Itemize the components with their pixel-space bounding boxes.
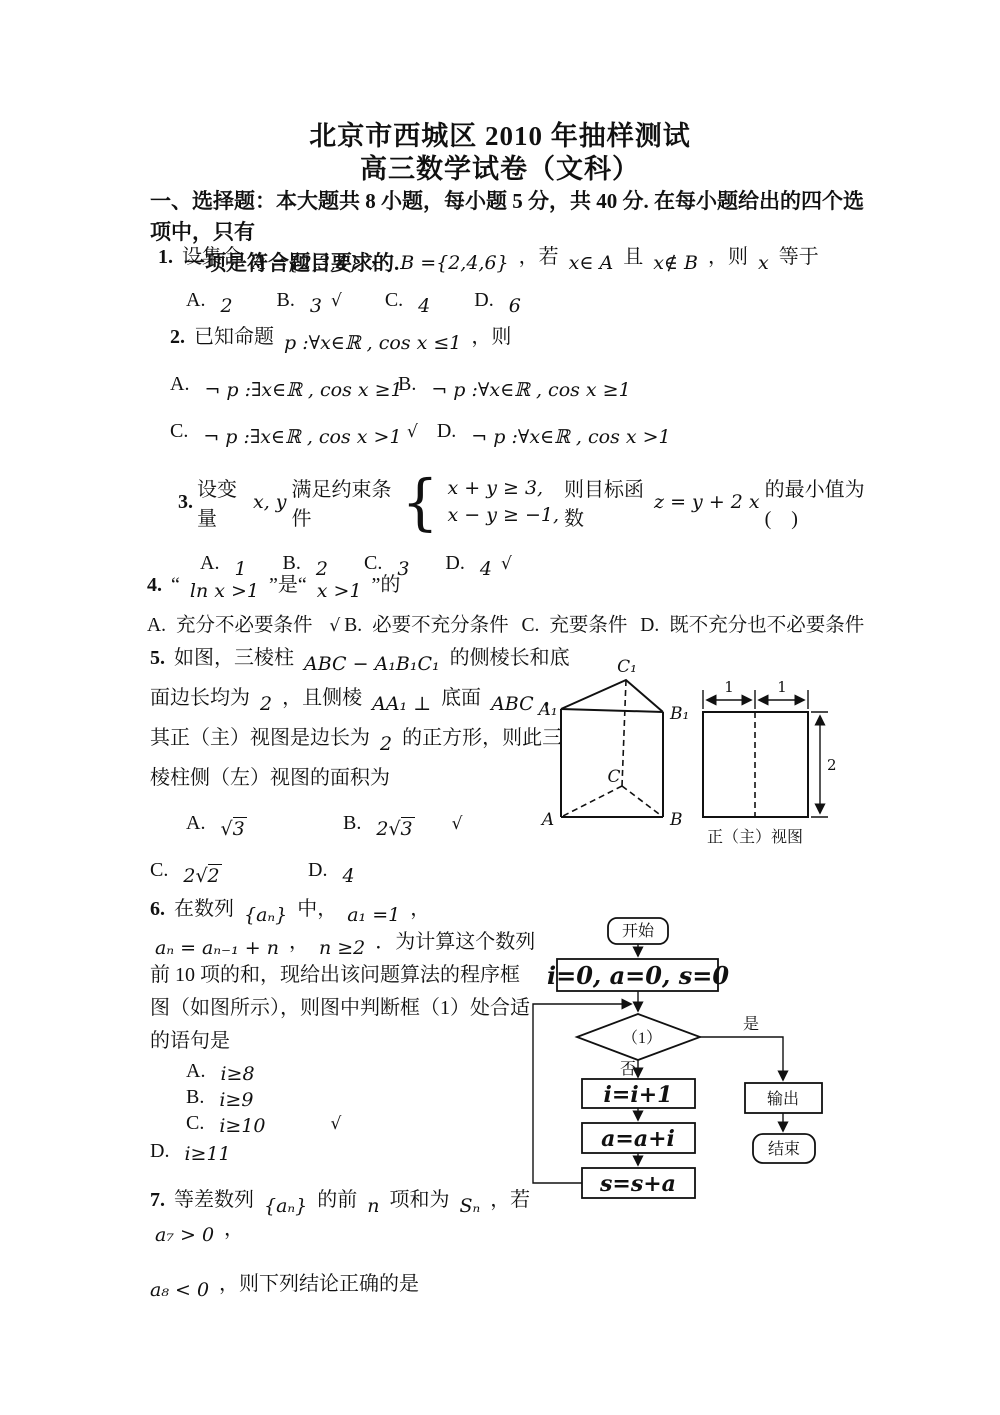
stem-text: ，若: [490, 1189, 530, 1211]
stem-text: 等于: [779, 246, 819, 268]
stem-math: z = y + 2 x: [654, 491, 760, 513]
option-formula: ¬ p :∀x∈ℝ , cos x >1: [471, 426, 670, 448]
stem-text: ，则下列结论正确的是: [219, 1273, 419, 1295]
option-key: A.: [186, 289, 205, 311]
stem-math: ABC − A₁B₁C₁: [304, 653, 440, 675]
question-4: 4. “ ln x >1 ”是“ x >1 ”的 A.充分不必要条件 √B.必要…: [147, 568, 877, 637]
section-intro-line1: 一、选择题：本大题共 8 小题，每小题 5 分，共 40 分. 在每小题给出的四…: [150, 186, 866, 248]
option-b: √B.必要不充分条件: [325, 615, 508, 636]
stem-math: B ={2,4,6}: [400, 252, 508, 274]
stem-math: Sₙ: [459, 1195, 480, 1217]
option-key: D.: [308, 859, 327, 881]
option-value: 3: [401, 817, 415, 840]
stem-math: x: [758, 252, 769, 274]
constraint-1: x + y ≥ 3,: [448, 475, 560, 502]
stem-text: “: [171, 574, 180, 596]
option-key: B.: [186, 1086, 204, 1108]
question-1: 1. 设集合 A ={2,3,4} ， B ={2,4,6} ，若 x∈ A 且…: [158, 240, 878, 312]
question-number: 6.: [150, 898, 165, 920]
option-key: A.: [170, 373, 189, 395]
constraint-2: x − y ≥ −1,: [448, 502, 560, 529]
option-value: 充要条件: [549, 615, 627, 636]
question-number: 4.: [147, 574, 162, 596]
option-a: A.2: [186, 289, 238, 311]
stem-math: ln x >1: [190, 580, 259, 602]
option-c: C.2√2: [150, 855, 303, 885]
option-key: D.: [150, 1140, 169, 1162]
stem-math: x∈ A: [569, 252, 614, 274]
tick-mark: √: [327, 291, 346, 311]
option-formula: ¬ p :∃x∈ℝ , cos x >1: [203, 426, 401, 448]
stem-math: AA₁ ⊥: [372, 693, 431, 715]
stem-text: ，若: [519, 246, 559, 268]
flow-yes-branch: [700, 1037, 783, 1080]
stem-text: ，则: [471, 326, 511, 348]
question-5-stem: 5. 如图，三棱柱 ABC − A₁B₁C₁ 的侧棱长和底面边长均为 2 ，且侧…: [150, 638, 582, 798]
flow-step1-label: i=i+1: [604, 1082, 673, 1108]
option-value: 4: [418, 295, 430, 317]
stem-text: 等差数列: [174, 1189, 254, 1211]
option-key: C.: [150, 859, 168, 881]
page-subtitle: 高三数学试卷（文科）: [0, 153, 1000, 186]
tick-mark: √: [327, 1114, 346, 1134]
stem-math: p :∀x∈ℝ , cos x ≤1: [284, 332, 461, 354]
option-formula: ¬ p :∀x∈ℝ , cos x ≥1: [431, 379, 630, 401]
option-d: D.6: [474, 289, 526, 311]
flow-end-label: 结束: [768, 1140, 800, 1158]
dim-label-1: 1: [724, 678, 734, 696]
option-key: C.: [186, 1112, 204, 1134]
question-7-stem-line1: 7. 等差数列 {aₙ} 的前 n 项和为 Sₙ ，若 a₇ > 0 ，: [150, 1183, 570, 1241]
question-2: 2. 已知命题 p :∀x∈ℝ , cos x ≤1 ，则 A.¬ p :∃x∈…: [170, 320, 890, 443]
option-c: C.充要条件: [521, 615, 627, 636]
radical-icon: √: [388, 818, 400, 840]
option-c: C.¬ p :∃x∈ℝ , cos x >1: [170, 420, 398, 443]
stem-math: aₙ = aₙ₋₁ + n: [155, 937, 279, 959]
option-value: 6: [509, 295, 521, 317]
prism-top-front-edge: [561, 709, 663, 712]
question-4-stem: 4. “ ln x >1 ”是“ x >1 ”的: [147, 568, 877, 597]
dim-label-1b: 1: [777, 678, 787, 696]
option-key: D.: [474, 289, 493, 311]
option-c: C.4: [385, 289, 435, 311]
stem-math: n ≥2: [319, 937, 365, 959]
question-4-options: A.充分不必要条件 √B.必要不充分条件 C.充要条件 D.既不充分也不必要条件: [147, 609, 877, 637]
flow-step2-label: a=a+i: [601, 1126, 675, 1152]
option-c: C.i≥10√: [150, 1110, 538, 1137]
front-view-caption: 正（主）视图: [707, 828, 803, 846]
option-formula: i≥8: [220, 1063, 254, 1085]
flow-init-label: i=0, a=0, s=0: [547, 961, 729, 990]
question-7-stem-line2: a₈ < 0 ，则下列结论正确的是: [150, 1267, 570, 1296]
stem-text: 满足约束条件: [292, 473, 394, 531]
option-a: A.¬ p :∃x∈ℝ , cos x ≥1: [170, 373, 393, 396]
stem-math: {aₙ}: [244, 904, 287, 926]
question-1-options: A.2 B.3√ C.4 D.6: [158, 289, 878, 312]
vertex-label-a1: A₁: [536, 700, 557, 720]
tick-mark: √: [403, 422, 422, 442]
stem-math: 2: [260, 693, 272, 715]
algorithm-flowchart: 开始 i=0, a=0, s=0 （1） 是 否 i=i+1 a=a+i s=s…: [520, 896, 892, 1228]
option-value: 2: [220, 295, 232, 317]
option-value: 3: [233, 817, 247, 840]
vertex-label-b1: B₁: [669, 704, 689, 724]
prism-hidden-edge-ca: [561, 786, 622, 817]
option-a: A.充分不必要条件: [147, 615, 312, 636]
question-2-stem: 2. 已知命题 p :∀x∈ℝ , cos x ≤1 ，则: [170, 320, 890, 349]
stem-math: a₈ < 0: [150, 1279, 209, 1301]
question-number: 7.: [150, 1189, 165, 1211]
header: 北京市西城区 2010 年抽样测试 高三数学试卷（文科）: [0, 120, 1000, 186]
stem-math: a₇ > 0: [155, 1224, 214, 1246]
option-value: 既不充分也不必要条件: [669, 615, 864, 636]
stem-text: ，: [224, 1218, 244, 1240]
option-d: D.4: [308, 859, 360, 881]
stem-text: ”是“: [269, 574, 307, 596]
prism-hidden-edge-cb: [622, 786, 663, 817]
stem-math: 2: [380, 733, 392, 755]
question-2-options-row2: C.¬ p :∃x∈ℝ , cos x >1 √ D.¬ p :∀x∈ℝ , c…: [170, 420, 890, 443]
question-number: 3.: [178, 491, 193, 514]
question-number: 1.: [158, 246, 173, 268]
stem-text: 的最小值为( ): [765, 473, 878, 531]
option-key: D.: [437, 420, 456, 442]
stem-math: a₁ =1: [347, 904, 400, 926]
flow-start-label: 开始: [622, 922, 655, 940]
option-value: 3: [310, 295, 322, 317]
option-d: D.既不充分也不必要条件: [640, 615, 864, 636]
option-key: A.: [186, 812, 205, 834]
stem-text: 底面: [441, 687, 481, 709]
option-d: D.¬ p :∀x∈ℝ , cos x >1: [437, 420, 676, 443]
option-a: A.√3: [186, 808, 338, 838]
flow-decision-label: （1）: [622, 1030, 662, 1047]
stem-math: n: [367, 1195, 379, 1217]
constraint-system: x + y ≥ 3, x − y ≥ −1,: [443, 475, 565, 529]
option-a: A.i≥8: [150, 1058, 538, 1084]
flow-step3-label: s=s+a: [599, 1171, 676, 1197]
question-5-options-row2: C.2√2 D.4: [150, 855, 582, 885]
prism-figure: C₁ A₁ B₁ C A B 1 1 2 正（主）视图: [528, 642, 880, 860]
option-key: D.: [640, 615, 659, 636]
question-3-stem: 3. 设变量 x, y 满足约束条件 { x + y ≥ 3, x − y ≥ …: [178, 468, 878, 536]
stem-text: 设变量: [197, 473, 248, 531]
stem-text: ，: [410, 898, 430, 920]
option-value: 必要不充分条件: [372, 615, 509, 636]
option-key: A.: [147, 615, 166, 636]
dim-label-2: 2: [827, 756, 837, 774]
flow-no-label: 否: [620, 1060, 636, 1078]
flow-yes-label: 是: [743, 1015, 759, 1033]
option-value: 4: [342, 865, 354, 887]
stem-math: A ={2,3,4}: [252, 252, 360, 274]
vertex-label-c: C: [607, 767, 620, 787]
stem-text: ，: [370, 246, 390, 268]
prism-top-edges: [561, 680, 663, 712]
question-5: 5. 如图，三棱柱 ABC − A₁B₁C₁ 的侧棱长和底面边长均为 2 ，且侧…: [150, 638, 582, 885]
option-key: C.: [521, 615, 539, 636]
stem-text: 设集合: [182, 246, 242, 268]
question-3: 3. 设变量 x, y 满足约束条件 { x + y ≥ 3, x − y ≥ …: [178, 468, 878, 575]
stem-text: 如图，三棱柱: [174, 647, 294, 669]
stem-math: x∉ B: [653, 252, 698, 274]
stem-math: x >1: [317, 580, 362, 602]
stem-text: 项和为: [389, 1189, 449, 1211]
vertex-label-c1: C₁: [617, 657, 637, 677]
stem-text: ，则: [708, 246, 748, 268]
option-formula: i≥10: [219, 1115, 265, 1137]
stem-text: ”的: [372, 574, 401, 596]
tick-mark: √: [448, 814, 467, 834]
option-key: B.: [344, 615, 362, 636]
option-key: A.: [186, 1060, 205, 1082]
stem-math: {aₙ}: [264, 1195, 307, 1217]
option-value: 充分不必要条件: [176, 615, 313, 636]
stem-text: 且: [623, 246, 643, 268]
tick-mark: √: [325, 616, 344, 636]
stem-text: 的前: [317, 1189, 357, 1211]
stem-text: 中，: [297, 898, 337, 920]
question-6: 6. 在数列 {aₙ} 中， a₁ =1 ， aₙ = aₙ₋₁ + n ， n…: [150, 893, 538, 1165]
option-b: B.2√3√: [343, 812, 466, 834]
question-number: 5.: [150, 647, 165, 669]
option-d: D.i≥11: [150, 1137, 538, 1165]
flow-output-label: 输出: [767, 1090, 799, 1108]
vertex-label-a: A: [540, 810, 554, 830]
stem-text: ，: [289, 931, 309, 953]
page-title: 北京市西城区 2010 年抽样测试: [0, 120, 1000, 153]
option-b: B.3√: [277, 289, 346, 311]
stem-math: x, y: [253, 491, 287, 513]
stem-text: ，且侧棱: [282, 687, 362, 709]
option-value: 2: [208, 864, 222, 887]
option-key: B.: [277, 289, 295, 311]
question-number: 2.: [170, 326, 185, 348]
option-formula: i≥9: [219, 1089, 253, 1111]
option-b: B.¬ p :∀x∈ℝ , cos x ≥1: [398, 373, 636, 396]
question-1-stem: 1. 设集合 A ={2,3,4} ， B ={2,4,6} ，若 x∈ A 且…: [158, 240, 878, 269]
stem-text: 则目标函数: [564, 473, 649, 531]
question-5-options-row1: A.√3 B.2√3√: [150, 808, 582, 839]
stem-text: 在数列: [174, 898, 234, 920]
option-key: C.: [385, 289, 403, 311]
radical-icon: √: [195, 865, 207, 887]
option-key: B.: [343, 812, 361, 834]
question-7: 7. 等差数列 {aₙ} 的前 n 项和为 Sₙ ，若 a₇ > 0 ， a₈ …: [150, 1183, 570, 1296]
option-formula: i≥11: [184, 1143, 230, 1165]
question-6-stem: 6. 在数列 {aₙ} 中， a₁ =1 ， aₙ = aₙ₋₁ + n ， n…: [150, 893, 538, 1058]
exam-paper-page: 北京市西城区 2010 年抽样测试 高三数学试卷（文科） 一、选择题：本大题共 …: [0, 0, 1000, 1415]
radical-icon: √: [220, 818, 232, 840]
option-b: B.i≥9: [150, 1084, 538, 1110]
prism-hidden-edge-c1c: [622, 680, 626, 786]
option-formula: ¬ p :∃x∈ℝ , cos x ≥1: [204, 379, 402, 401]
question-2-options-row1: A.¬ p :∃x∈ℝ , cos x ≥1 B.¬ p :∀x∈ℝ , cos…: [170, 373, 890, 396]
stem-text: 已知命题: [194, 326, 274, 348]
vertex-label-b: B: [669, 810, 683, 830]
option-key: C.: [170, 420, 188, 442]
system-brace: {: [402, 466, 439, 537]
